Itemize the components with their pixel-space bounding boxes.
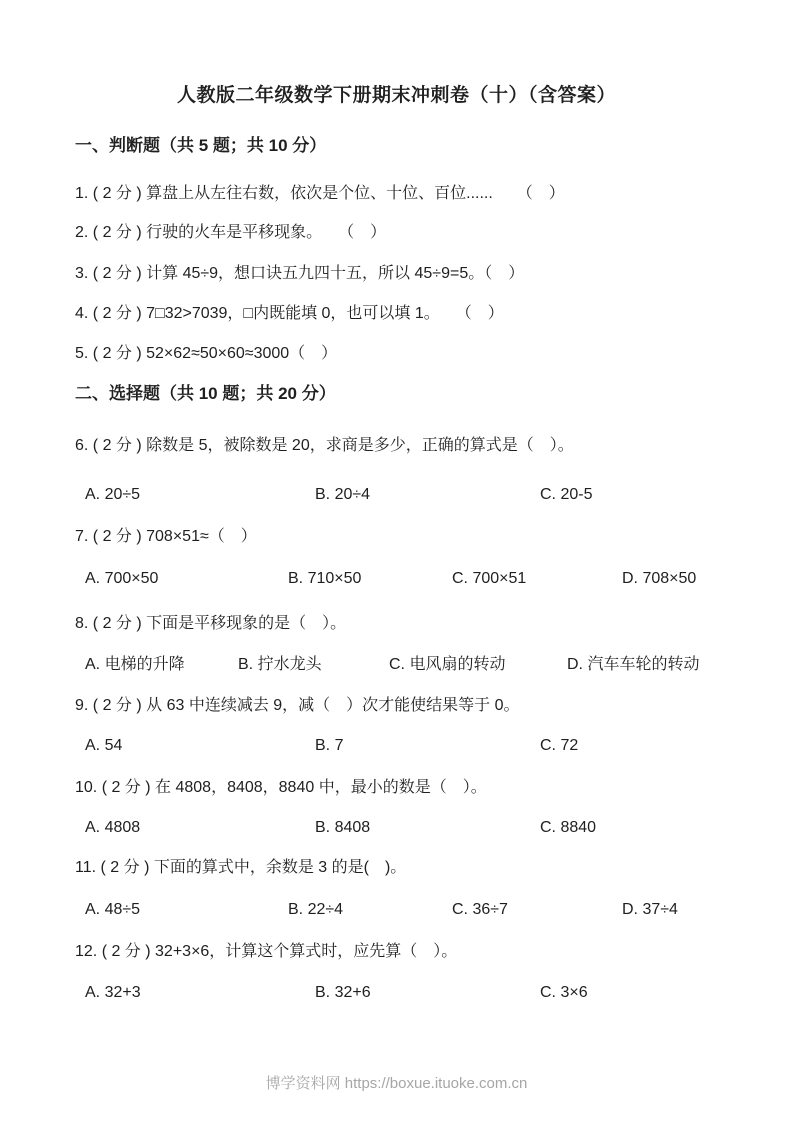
question-8-option-d: D. 汽车车轮的转动 <box>567 654 763 675</box>
question-10-option-a: A. 4808 <box>85 817 315 838</box>
question-2-stem: 2. ( 2 分 ) 行驶的火车是平移现象。 （ ） <box>75 222 763 243</box>
footer-site-name: 博学资料网 <box>266 1075 341 1092</box>
question-8-option-c: C. 电风扇的转动 <box>389 654 567 675</box>
question-6-stem: 6. ( 2 分 ) 除数是 5，被除数是 20，求商是多少，正确的算式是（ ）… <box>75 435 763 456</box>
question-12-options: A. 32+3 B. 32+6 C. 3×6 <box>85 982 763 1003</box>
question-5-stem: 5. ( 2 分 ) 52×62≈50×60≈3000（ ） <box>75 343 763 364</box>
question-11-option-d: D. 37÷4 <box>622 899 763 920</box>
question-8-stem: 8. ( 2 分 ) 下面是平移现象的是（ ）。 <box>75 613 763 634</box>
question-10-stem: 10. ( 2 分 ) 在 4808，8408，8840 中，最小的数是（ ）。 <box>75 777 763 798</box>
question-9-stem: 9. ( 2 分 ) 从 63 中连续减去 9，减（ ）次才能使结果等于 0。 <box>75 695 763 716</box>
question-11-stem: 11. ( 2 分 ) 下面的算式中，余数是 3 的是( )。 <box>75 857 763 878</box>
question-11-option-b: B. 22÷4 <box>288 899 452 920</box>
page-title: 人教版二年级数学下册期末冲刺卷（十）（含答案） <box>0 84 793 108</box>
question-8-options: A. 电梯的升降 B. 拧水龙头 C. 电风扇的转动 D. 汽车车轮的转动 <box>85 654 763 675</box>
question-4-stem: 4. ( 2 分 ) 7□32>7039，□内既能填 0，也可以填 1。 （ ） <box>75 303 763 324</box>
question-9-options: A. 54 B. 7 C. 72 <box>85 735 763 756</box>
question-8-option-b: B. 拧水龙头 <box>238 654 389 675</box>
question-6-options: A. 20÷5 B. 20÷4 C. 20-5 <box>85 484 763 505</box>
question-10-option-b: B. 8408 <box>315 817 540 838</box>
question-6-option-b: B. 20÷4 <box>315 484 540 505</box>
question-12-option-b: B. 32+6 <box>315 982 540 1003</box>
question-3-stem: 3. ( 2 分 ) 计算 45÷9，想口诀五九四十五，所以 45÷9=5。（ … <box>75 263 763 284</box>
footer-credit: 博学资料网 https://boxue.ituoke.com.cn <box>0 1074 793 1094</box>
question-12-option-a: A. 32+3 <box>85 982 315 1003</box>
question-10-option-c: C. 8840 <box>540 817 763 838</box>
question-10-options: A. 4808 B. 8408 C. 8840 <box>85 817 763 838</box>
question-11-options: A. 48÷5 B. 22÷4 C. 36÷7 D. 37÷4 <box>85 899 763 920</box>
question-8-option-a: A. 电梯的升降 <box>85 654 238 675</box>
question-7-option-d: D. 708×50 <box>622 568 763 589</box>
question-6-option-a: A. 20÷5 <box>85 484 315 505</box>
exam-document-page: 人教版二年级数学下册期末冲刺卷（十）（含答案） 一、判断题（共 5 题；共 10… <box>0 0 793 1122</box>
question-7-options: A. 700×50 B. 710×50 C. 700×51 D. 708×50 <box>85 568 763 589</box>
question-9-option-c: C. 72 <box>540 735 763 756</box>
footer-url-link[interactable]: https://boxue.ituoke.com.cn <box>345 1075 528 1092</box>
question-7-option-a: A. 700×50 <box>85 568 288 589</box>
question-7-option-c: C. 700×51 <box>452 568 622 589</box>
question-12-stem: 12. ( 2 分 ) 32+3×6，计算这个算式时，应先算（ ）。 <box>75 941 763 962</box>
question-11-option-a: A. 48÷5 <box>85 899 288 920</box>
question-1-stem: 1. ( 2 分 ) 算盘上从左往右数，依次是个位、十位、百位...... （ … <box>75 183 763 204</box>
question-9-option-a: A. 54 <box>85 735 315 756</box>
question-12-option-c: C. 3×6 <box>540 982 763 1003</box>
question-7-stem: 7. ( 2 分 ) 708×51≈（ ） <box>75 526 763 547</box>
question-11-option-c: C. 36÷7 <box>452 899 622 920</box>
question-6-option-c: C. 20-5 <box>540 484 763 505</box>
question-7-option-b: B. 710×50 <box>288 568 452 589</box>
section-1-heading: 一、判断题（共 5 题；共 10 分） <box>75 135 753 157</box>
question-9-option-b: B. 7 <box>315 735 540 756</box>
section-2-heading: 二、选择题（共 10 题；共 20 分） <box>75 383 753 405</box>
